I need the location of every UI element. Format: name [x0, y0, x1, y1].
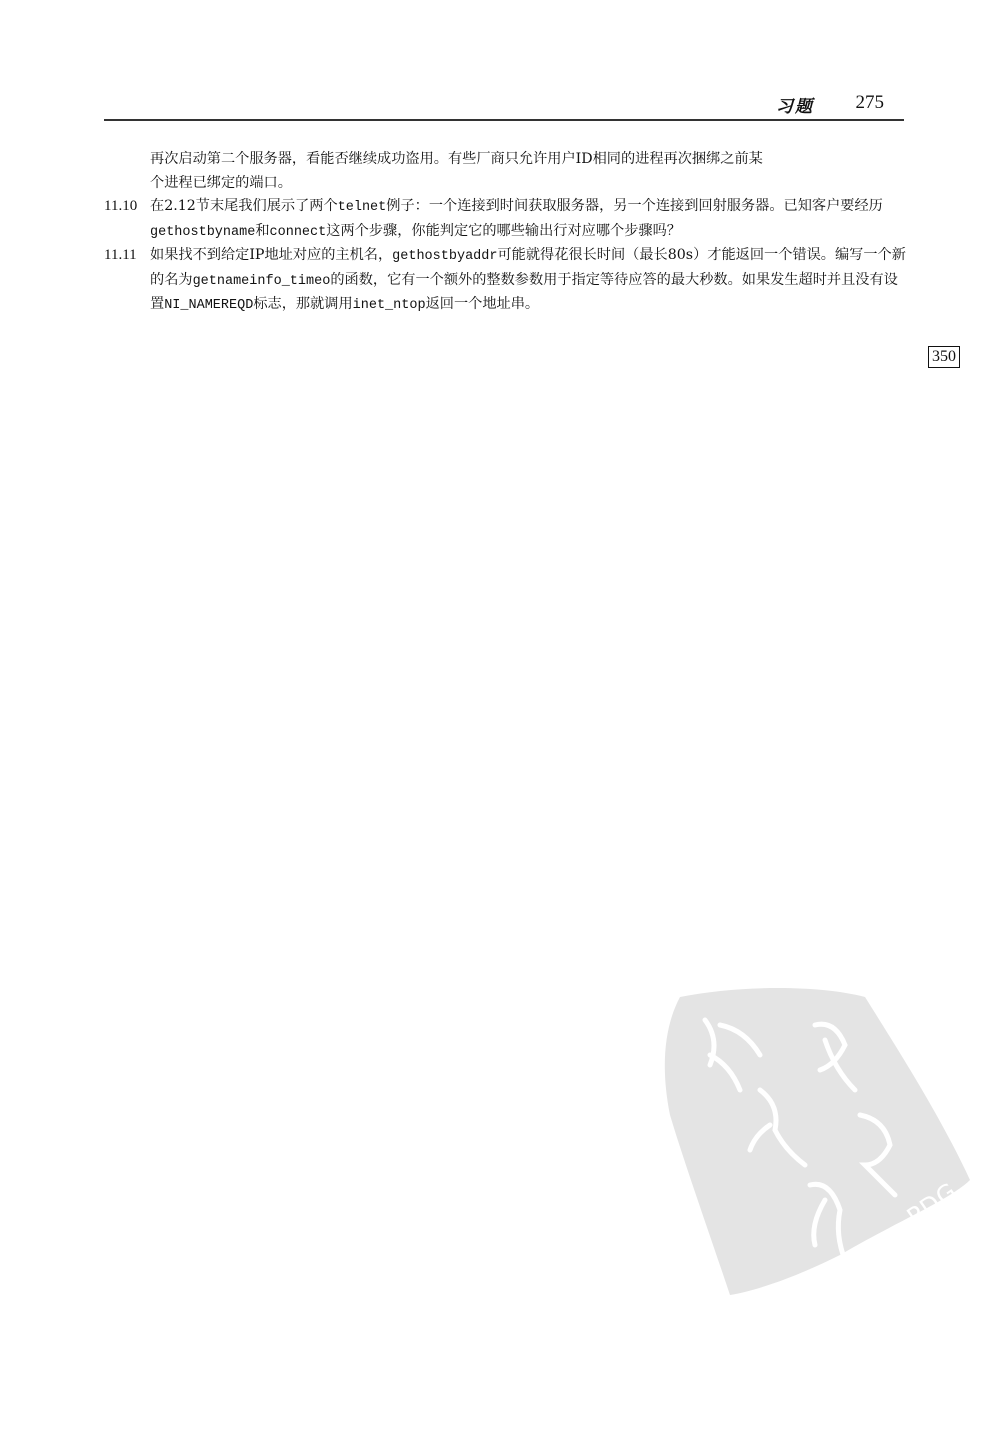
- code-connect: connect: [270, 225, 327, 240]
- page-number: 275: [856, 92, 885, 114]
- code-getnameinfo-timeo: getnameinfo_timeo: [193, 274, 331, 289]
- exercise-11-11: 11.11 如果找不到给定IP地址对应的主机名，gethostbyaddr可能就…: [104, 244, 908, 318]
- pdg-watermark-seal: PDG: [650, 985, 980, 1305]
- seal-stamp-icon: [650, 985, 980, 1305]
- code-ni-namereqd: NI_NAMEREQD: [164, 298, 253, 313]
- exercise-number: 11.11: [104, 244, 137, 268]
- exercise-11-10: 11.10 在2.12节末尾我们展示了两个telnet例子：一个连接到时间获取服…: [104, 195, 908, 244]
- margin-page-reference: 350: [928, 346, 960, 368]
- continued-paragraph: 再次启动第二个服务器，看能否继续成功盗用。有些厂商只允许用户ID相同的进程再次捆…: [104, 148, 908, 195]
- exercise-number: 11.10: [104, 195, 137, 219]
- header-rule: [104, 119, 904, 121]
- code-inet-ntop: inet_ntop: [353, 298, 426, 313]
- section-title: 习题: [776, 92, 814, 117]
- code-telnet: telnet: [338, 200, 387, 215]
- running-header: 习题 275: [104, 92, 904, 120]
- code-gethostbyname: gethostbyname: [150, 225, 255, 240]
- code-gethostbyaddr: gethostbyaddr: [392, 249, 497, 264]
- page-content: 再次启动第二个服务器，看能否继续成功盗用。有些厂商只允许用户ID相同的进程再次捆…: [104, 148, 908, 318]
